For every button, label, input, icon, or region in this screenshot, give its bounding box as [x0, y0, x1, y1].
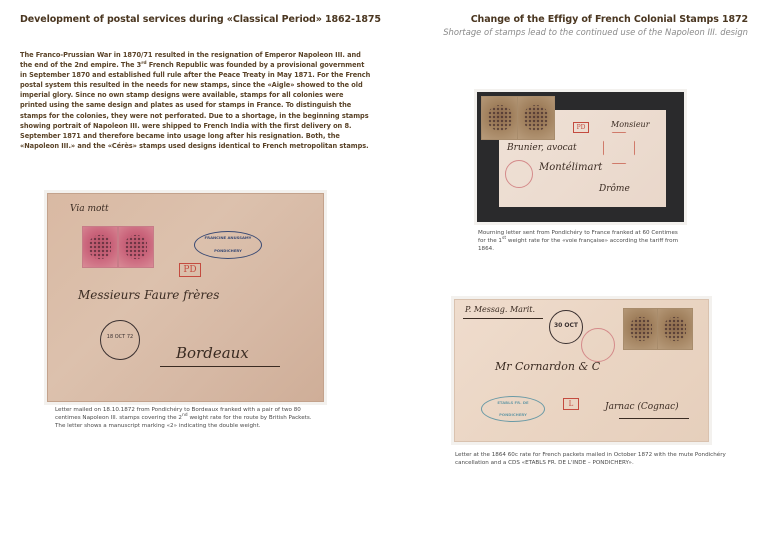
destination-handwriting: Bordeaux: [176, 344, 249, 362]
mourning-letter-caption: Mourning letter sent from Pondichéry to …: [478, 229, 683, 253]
right-page-subtitle: Shortage of stamps lead to the continued…: [443, 27, 748, 37]
destination-handwriting: Jarnac (Cognac): [605, 402, 679, 412]
addressee-handwriting: Mr Cornardon & C: [495, 360, 600, 373]
mourning-letter-image: PD Monsieur Brunier, avocat Montélimart …: [477, 92, 684, 222]
stamp-80c-left: [82, 226, 118, 268]
stamp-80c-right: [118, 226, 154, 268]
french-receiving-cds: [581, 328, 615, 362]
intro-paragraph: The Franco-Prussian War in 1870/71 resul…: [20, 50, 372, 151]
pd-box-marking: PD: [573, 122, 589, 133]
cognac-letter-image: P. Messag. Marit. 30 OCT Mr Cornardon & …: [454, 299, 709, 442]
intro-text-b: French Republic was founded by a provisi…: [20, 61, 370, 150]
sender-oval-cachet: ETABLS FR. DE PONDICHERY: [481, 396, 545, 422]
underline: [619, 418, 689, 419]
address-line-3: Montélimart: [539, 162, 602, 173]
sender-oval-cachet: FRANCINE ANUSSAMY PONDICHERY: [194, 231, 262, 259]
bordeaux-cover-image: Via mott FRANCINE ANUSSAMY PONDICHERY PD…: [47, 193, 324, 402]
underline: [160, 366, 280, 367]
right-page-title: Change of the Effigy of French Colonial …: [471, 14, 748, 25]
underline: [463, 318, 543, 319]
stamp-napoleon-right: [517, 96, 555, 140]
octagonal-ship-cancel: [603, 132, 635, 164]
route-marking: Via mott: [70, 204, 109, 214]
address-line-1: Monsieur: [611, 120, 650, 129]
bordeaux-cover-caption: Letter mailed on 18.10.1872 from Pondich…: [55, 406, 315, 430]
pd-box-marking: PD: [179, 263, 201, 277]
pondichery-cds: 18 OCT 72: [100, 320, 140, 360]
etabls-cds: 30 OCT: [549, 310, 583, 344]
address-line-2: Brunier, avocat: [507, 143, 577, 153]
address-line-4: Drôme: [599, 184, 630, 194]
addressee-handwriting: Messieurs Faure frères: [78, 288, 219, 302]
left-page-title: Development of postal services during «C…: [20, 14, 381, 25]
cds-faint: [505, 160, 533, 188]
stamp-napoleon-left: [481, 96, 519, 140]
route-marking: P. Messag. Marit.: [465, 305, 535, 314]
l-box-marking: L: [563, 398, 579, 410]
stamp-napoleon-left: [623, 308, 659, 350]
stamp-napoleon-right: [657, 308, 693, 350]
cognac-letter-caption: Letter at the 1864 60c rate for French p…: [455, 451, 735, 467]
